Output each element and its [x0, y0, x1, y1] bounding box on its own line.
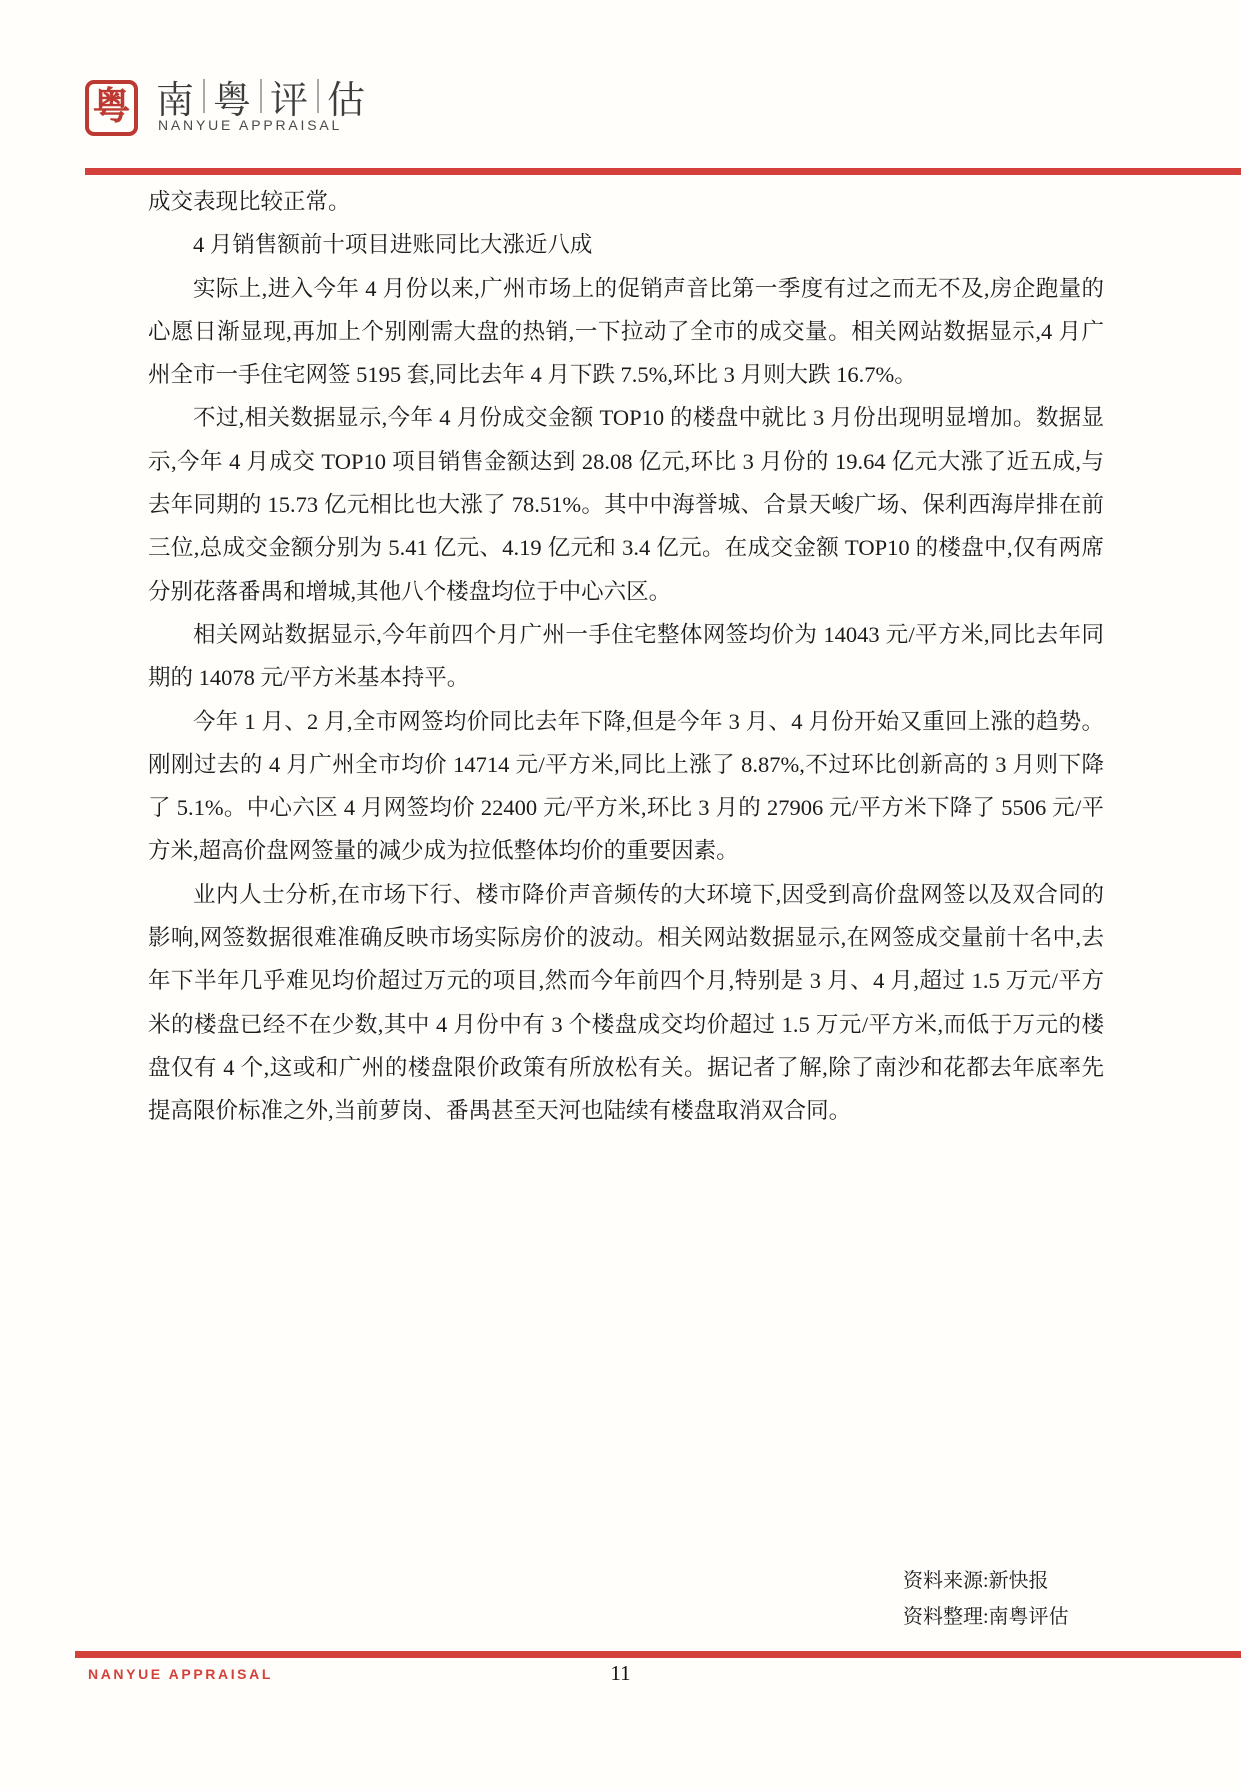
logo-char: 估 — [327, 69, 366, 124]
footer-divider — [75, 1651, 1241, 1658]
logo-chinese-name: 南 粤 评 估 — [156, 74, 366, 118]
paragraph: 相关网站数据显示,今年前四个月广州一手住宅整体网签均价为 14043 元/平方米… — [148, 613, 1104, 700]
source-line: 资料整理:南粤评估 — [903, 1599, 1069, 1635]
logo-char: 粤 — [213, 69, 252, 124]
paragraph: 业内人士分析,在市场下行、楼市降价声音频传的大环境下,因受到高价盘网签以及双合同… — [148, 873, 1104, 1133]
logo-divider — [260, 79, 262, 113]
article-body: 成交表现比较正常。 4 月销售额前十项目进账同比大涨近八成 实际上,进入今年 4… — [148, 180, 1104, 1133]
logo-divider — [203, 79, 205, 113]
nanyue-seal-icon: 粤 — [85, 80, 138, 136]
logo-char: 南 — [156, 69, 195, 124]
logo-divider — [317, 79, 319, 113]
logo-char: 评 — [270, 69, 309, 124]
source-line: 资料来源:新快报 — [903, 1563, 1069, 1599]
page-number: 11 — [0, 1661, 1241, 1686]
paragraph: 不过,相关数据显示,今年 4 月份成交金额 TOP10 的楼盘中就比 3 月份出… — [148, 396, 1104, 612]
paragraph-continuation: 成交表现比较正常。 — [148, 180, 1104, 223]
logo-english-name: NANYUE APPRAISAL — [158, 117, 342, 133]
paragraph: 今年 1 月、2 月,全市网签均价同比去年下降,但是今年 3 月、4 月份开始又… — [148, 700, 1104, 873]
paragraph: 实际上,进入今年 4 月份以来,广州市场上的促销声音比第一季度有过之而无不及,房… — [148, 267, 1104, 397]
header-divider — [85, 168, 1241, 175]
section-heading: 4 月销售额前十项目进账同比大涨近八成 — [148, 223, 1104, 266]
seal-character: 粤 — [92, 86, 130, 128]
source-attribution: 资料来源:新快报 资料整理:南粤评估 — [903, 1563, 1069, 1635]
